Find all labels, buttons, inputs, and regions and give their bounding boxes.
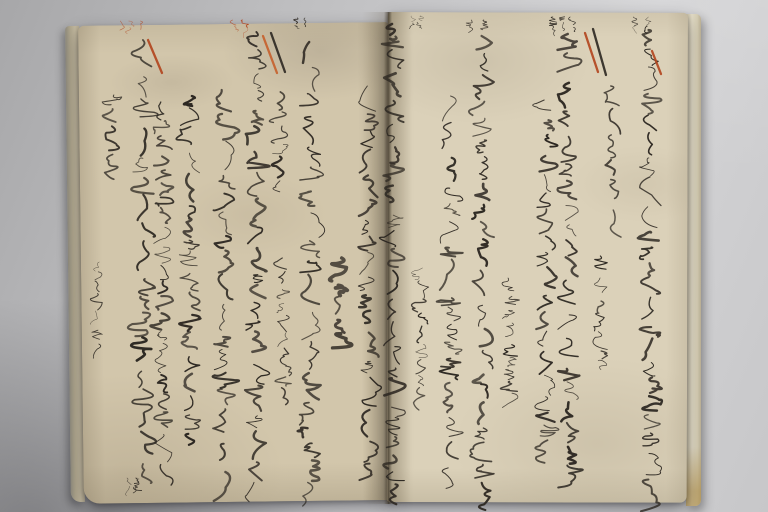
right-fore-edge bbox=[686, 14, 701, 506]
gutter-binding bbox=[384, 12, 392, 504]
page-left bbox=[78, 22, 394, 504]
photo-backdrop: { "scene": { "description": "Photograph … bbox=[0, 0, 768, 512]
page-right bbox=[387, 12, 688, 503]
manuscript-book bbox=[78, 12, 692, 504]
